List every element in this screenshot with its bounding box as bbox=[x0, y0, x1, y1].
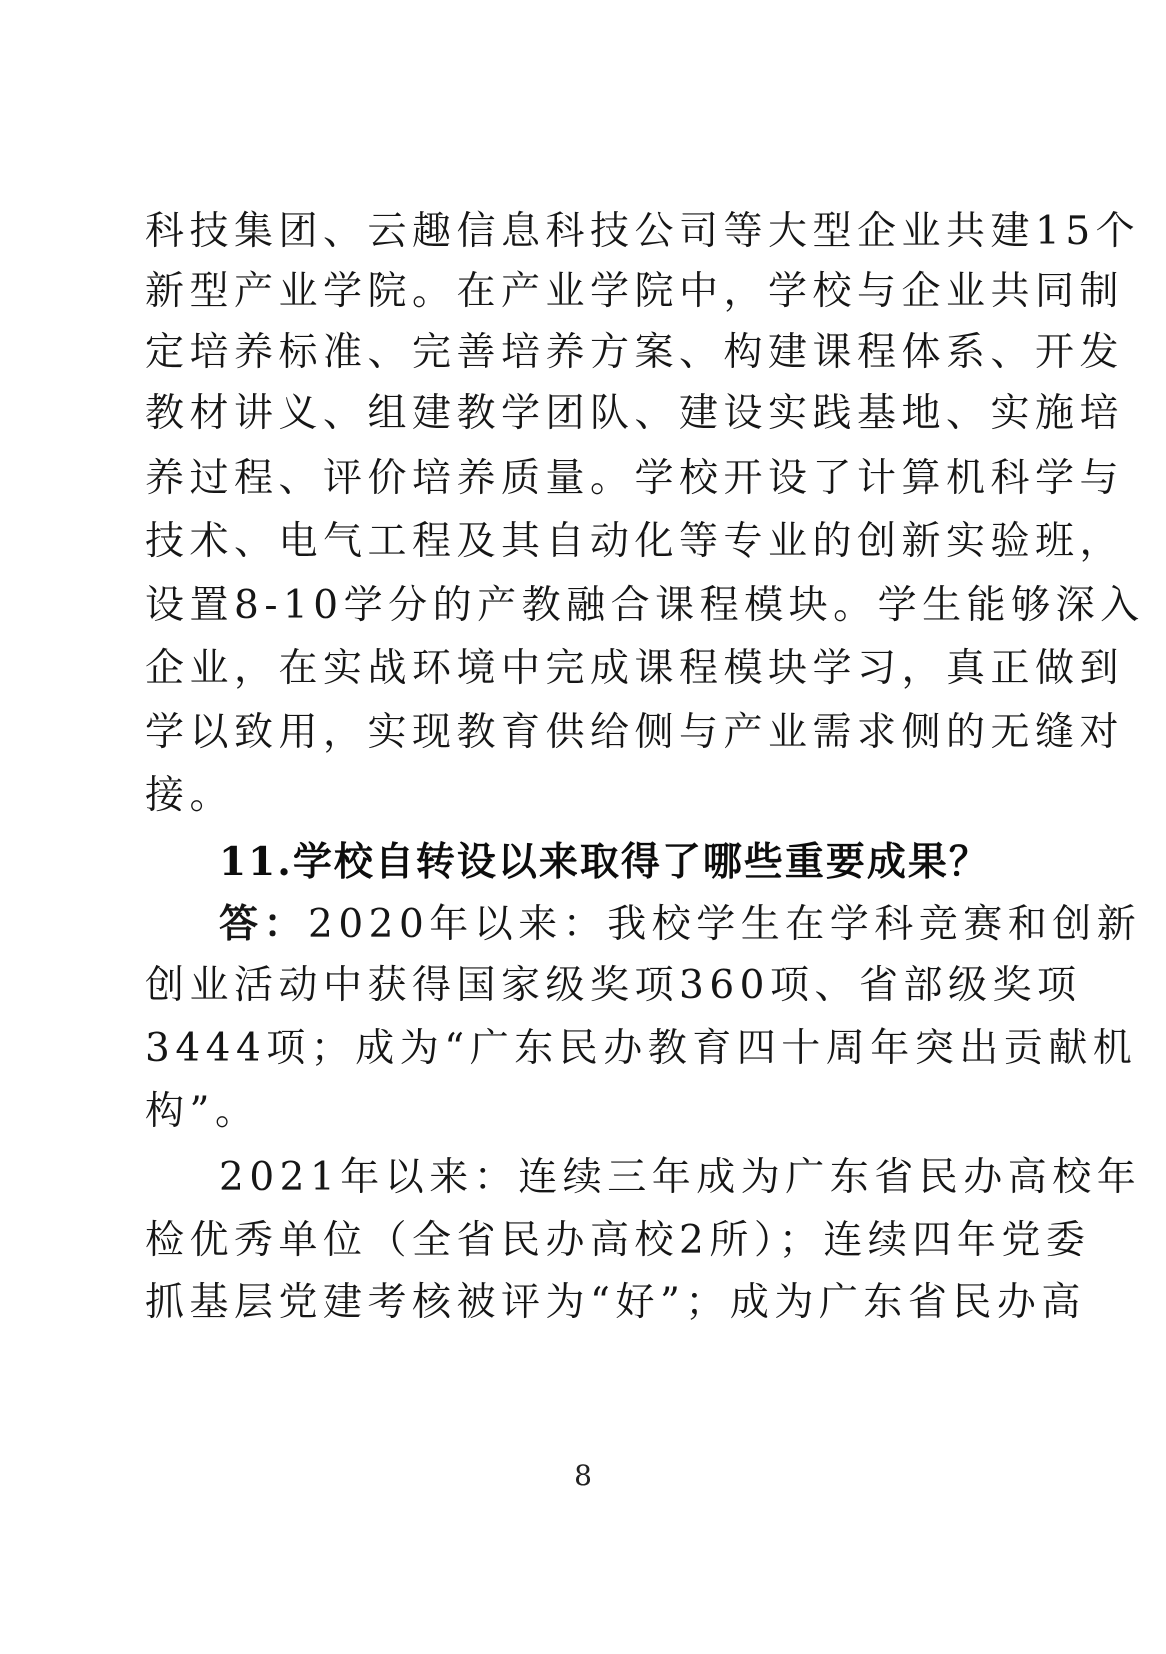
paragraph-line: 抓基层党建考核被评为“好”；成为广东省民办高 bbox=[145, 1279, 1086, 1327]
answer-label: 答： bbox=[219, 901, 308, 947]
paragraph-line: 接。 bbox=[145, 772, 234, 820]
paragraph-line: 新型产业学院。在产业学院中，学校与企业共同制 bbox=[145, 268, 1124, 316]
paragraph-line: 设置8-10学分的产教融合课程模块。学生能够深入 bbox=[145, 582, 1145, 630]
paragraph-line: 学以致用，实现教育供给侧与产业需求侧的无缝对 bbox=[145, 709, 1124, 757]
paragraph-line: 3444项；成为“广东民办教育四十周年突出贡献机 bbox=[145, 1025, 1137, 1073]
page-number: 8 bbox=[0, 1460, 1166, 1492]
document-page: 科技集团、云趣信息科技公司等大型企业共建15个 新型产业学院。在产业学院中，学校… bbox=[0, 0, 1166, 1654]
answer-text: 2020年以来：我校学生在学科竞赛和创新 bbox=[308, 902, 1141, 947]
question-heading: 11.学校自转设以来取得了哪些重要成果？ bbox=[219, 838, 990, 886]
paragraph-line: 科技集团、云趣信息科技公司等大型企业共建15个 bbox=[145, 208, 1140, 256]
paragraph-line: 养过程、评价培养质量。学校开设了计算机科学与 bbox=[145, 455, 1124, 503]
paragraph-line: 创业活动中获得国家级奖项360项、省部级奖项 bbox=[145, 962, 1081, 1010]
paragraph-line: 教材讲义、组建教学团队、建设实践基地、实施培 bbox=[145, 390, 1124, 438]
answer-first-line: 答：2020年以来：我校学生在学科竞赛和创新 bbox=[219, 900, 1141, 948]
paragraph-line: 企业，在实战环境中完成课程模块学习，真正做到 bbox=[145, 645, 1124, 693]
paragraph-line: 构”。 bbox=[145, 1088, 259, 1136]
paragraph-line: 技术、电气工程及其自动化等专业的创新实验班， bbox=[145, 518, 1124, 566]
paragraph-line: 定培养标准、完善培养方案、构建课程体系、开发 bbox=[145, 329, 1124, 377]
paragraph-line: 2021年以来：连续三年成为广东省民办高校年 bbox=[219, 1154, 1141, 1202]
paragraph-line: 检优秀单位（全省民办高校2所）；连续四年党委 bbox=[145, 1217, 1090, 1265]
